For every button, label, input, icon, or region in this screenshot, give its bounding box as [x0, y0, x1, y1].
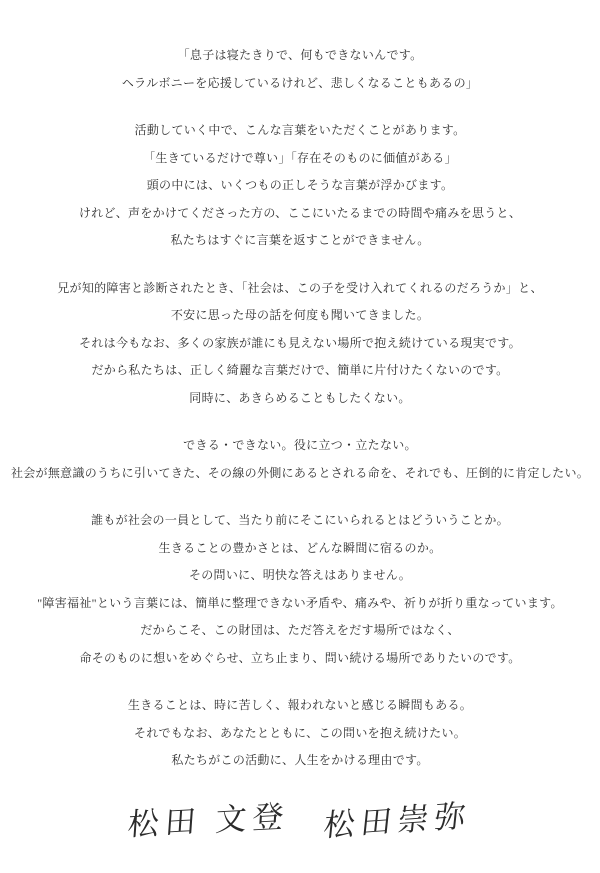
paragraph: 誰もが社会の一員として、当たり前にそこにいられるとはどういうことか。 生きること…: [0, 507, 600, 672]
text-line: けれど、声をかけてくださった方の、ここにいたるまでの時間や痛みを思うと、: [0, 200, 600, 228]
text-line: 兄が知的障害と診断されたとき、「社会は、この子を受け入れてくれるのだろうか」と、: [0, 275, 600, 303]
text-line: 「息子は寝たきりで、何もできないんです。: [0, 42, 600, 70]
text-line: だからこそ、この財団は、ただ答えをだす場所ではなく、: [0, 617, 600, 645]
text-line: ヘラルボニーを応援しているけれど、悲しくなることもあるの」: [0, 70, 600, 98]
letter-page: 「息子は寝たきりで、何もできないんです。 ヘラルボニーを応援しているけれど、悲し…: [0, 0, 600, 873]
text-line: 不安に思った母の話を何度も聞いてきました。: [0, 302, 600, 330]
text-line: それは今もなお、多くの家族が誰にも見えない場所で抱え続けている現実です。: [0, 330, 600, 358]
paragraph: 「息子は寝たきりで、何もできないんです。 ヘラルボニーを応援しているけれど、悲し…: [0, 42, 600, 97]
paragraph: 生きることは、時に苦しく、報われないと感じる瞬間もある。 それでもなお、あなたと…: [0, 692, 600, 775]
text-line: その問いに、明快な答えはありません。: [0, 562, 600, 590]
text-line: 生きることは、時に苦しく、報われないと感じる瞬間もある。: [0, 692, 600, 720]
paragraph: 兄が知的障害と診断されたとき、「社会は、この子を受け入れてくれるのだろうか」と、…: [0, 275, 600, 413]
text-line: 同時に、あきらめることもしたくない。: [0, 385, 600, 413]
text-line: それでもなお、あなたとともに、この問いを抱え続けたい。: [0, 720, 600, 748]
signature-matsuda-fumito: 松田 文登: [127, 790, 292, 844]
text-line: 頭の中には、いくつもの正しそうな言葉が浮かびます。: [0, 172, 600, 200]
text-line: 社会が無意識のうちに引いてきた、その線の外側にあるとされる命を、それでも、圧倒的…: [0, 460, 600, 488]
text-line: 命そのものに想いをめぐらせ、立ち止まり、問い続ける場所でありたいのです。: [0, 645, 600, 673]
text-line: 生きることの豊かさとは、どんな瞬間に宿るのか。: [0, 535, 600, 563]
text-line: "障害福祉"という言葉には、簡単に整理できない矛盾や、痛みや、祈りが折り重なって…: [0, 590, 600, 618]
paragraph: 活動していく中で、こんな言葉をいただくことがあります。 「生きているだけで尊い」…: [0, 117, 600, 255]
paragraph: できる・できない。役に立つ・立たない。 社会が無意識のうちに引いてきた、その線の…: [0, 432, 600, 487]
text-line: だから私たちは、正しく綺麗な言葉だけで、簡単に片付けたくないのです。: [0, 357, 600, 385]
signature-matsuda-takaya: 松田崇弥: [322, 789, 474, 845]
text-line: 「生きているだけで尊い」「存在そのものに価値がある」: [0, 145, 600, 173]
text-line: 活動していく中で、こんな言葉をいただくことがあります。: [0, 117, 600, 145]
text-line: 私たちがこの活動に、人生をかける理由です。: [0, 747, 600, 775]
text-line: 誰もが社会の一員として、当たり前にそこにいられるとはどういうことか。: [0, 507, 600, 535]
signature-block: 松田 文登 松田崇弥: [0, 795, 600, 840]
text-line: 私たちはすぐに言葉を返すことができません。: [0, 227, 600, 255]
text-line: できる・できない。役に立つ・立たない。: [0, 432, 600, 460]
